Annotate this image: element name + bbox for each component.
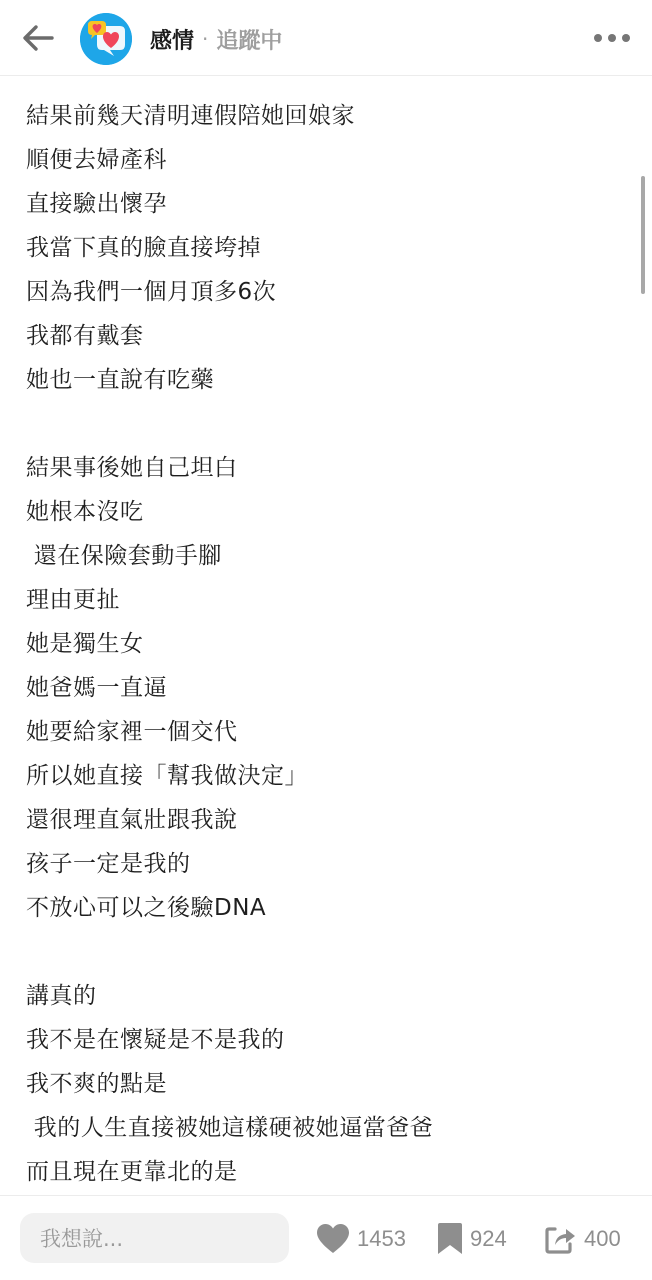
save-button[interactable]: 924 [438, 1221, 507, 1257]
post-line: 她也一直說有吃藥 [26, 358, 652, 402]
heart-icon [317, 1224, 349, 1254]
post-line: 結果前幾天清明連假陪她回娘家 [26, 94, 652, 138]
post-line: 她是獨生女 [26, 622, 652, 666]
post-line: 我都有戴套 [26, 314, 652, 358]
like-button[interactable]: 1453 [317, 1221, 406, 1257]
ellipsis-icon [622, 34, 630, 42]
header: 感情 · 追蹤中 [0, 0, 652, 76]
post-line: 我不是在懷疑是不是我的 [26, 1018, 652, 1062]
arrow-left-icon [21, 24, 55, 52]
more-options-button[interactable] [594, 28, 630, 48]
post-line-blank [26, 930, 652, 974]
follow-status[interactable]: 追蹤中 [216, 24, 282, 55]
post-line: 我當下真的臉直接垮掉 [26, 226, 652, 270]
scrollbar[interactable] [641, 176, 645, 294]
post-line: 我不爽的點是 [26, 1062, 652, 1106]
share-count: 400 [584, 1226, 621, 1252]
bookmark-icon [438, 1223, 462, 1255]
share-button[interactable]: 400 [544, 1221, 621, 1257]
post-page: 感情 · 追蹤中 結果前幾天清明連假陪她回娘家 順便去婦產科 直接驗出懷孕 我當… [0, 0, 652, 1280]
post-body: 結果前幾天清明連假陪她回娘家 順便去婦產科 直接驗出懷孕 我當下真的臉直接垮掉 … [0, 94, 652, 1194]
post-line: 不放心可以之後驗DNA [26, 886, 652, 930]
board-title: 感情 · 追蹤中 [150, 22, 282, 56]
post-line: 而且現在更靠北的是 [26, 1150, 652, 1194]
post-line: 我的人生直接被她這樣硬被她逼當爸爸 [26, 1106, 652, 1150]
back-button[interactable] [18, 20, 58, 56]
post-line: 還在保險套動手腳 [26, 534, 652, 578]
ellipsis-icon [608, 34, 616, 42]
post-line: 結果事後她自己坦白 [26, 446, 652, 490]
ellipsis-icon [594, 34, 602, 42]
post-line: 因為我們一個月頂多6次 [26, 270, 652, 314]
post-line: 她爸媽一直逼 [26, 666, 652, 710]
like-count: 1453 [357, 1226, 406, 1252]
post-line: 順便去婦產科 [26, 138, 652, 182]
post-line-blank [26, 402, 652, 446]
separator-dot: · [202, 27, 208, 51]
post-line: 孩子一定是我的 [26, 842, 652, 886]
board-avatar[interactable] [80, 13, 132, 65]
post-line: 理由更扯 [26, 578, 652, 622]
chat-bubbles-hearts-icon [80, 13, 132, 65]
post-line: 還很理直氣壯跟我說 [26, 798, 652, 842]
post-line: 她要給家裡一個交代 [26, 710, 652, 754]
board-name[interactable]: 感情 [150, 24, 194, 55]
post-line: 講真的 [26, 974, 652, 1018]
comment-placeholder: 我想說... [40, 1223, 123, 1253]
bottom-action-bar: 我想說... 1453 924 400 [0, 1195, 652, 1280]
save-count: 924 [470, 1226, 507, 1252]
share-icon [544, 1223, 576, 1255]
post-line: 她根本沒吃 [26, 490, 652, 534]
post-line: 直接驗出懷孕 [26, 182, 652, 226]
post-line: 所以她直接「幫我做決定」 [26, 754, 652, 798]
comment-input[interactable]: 我想說... [20, 1213, 289, 1263]
